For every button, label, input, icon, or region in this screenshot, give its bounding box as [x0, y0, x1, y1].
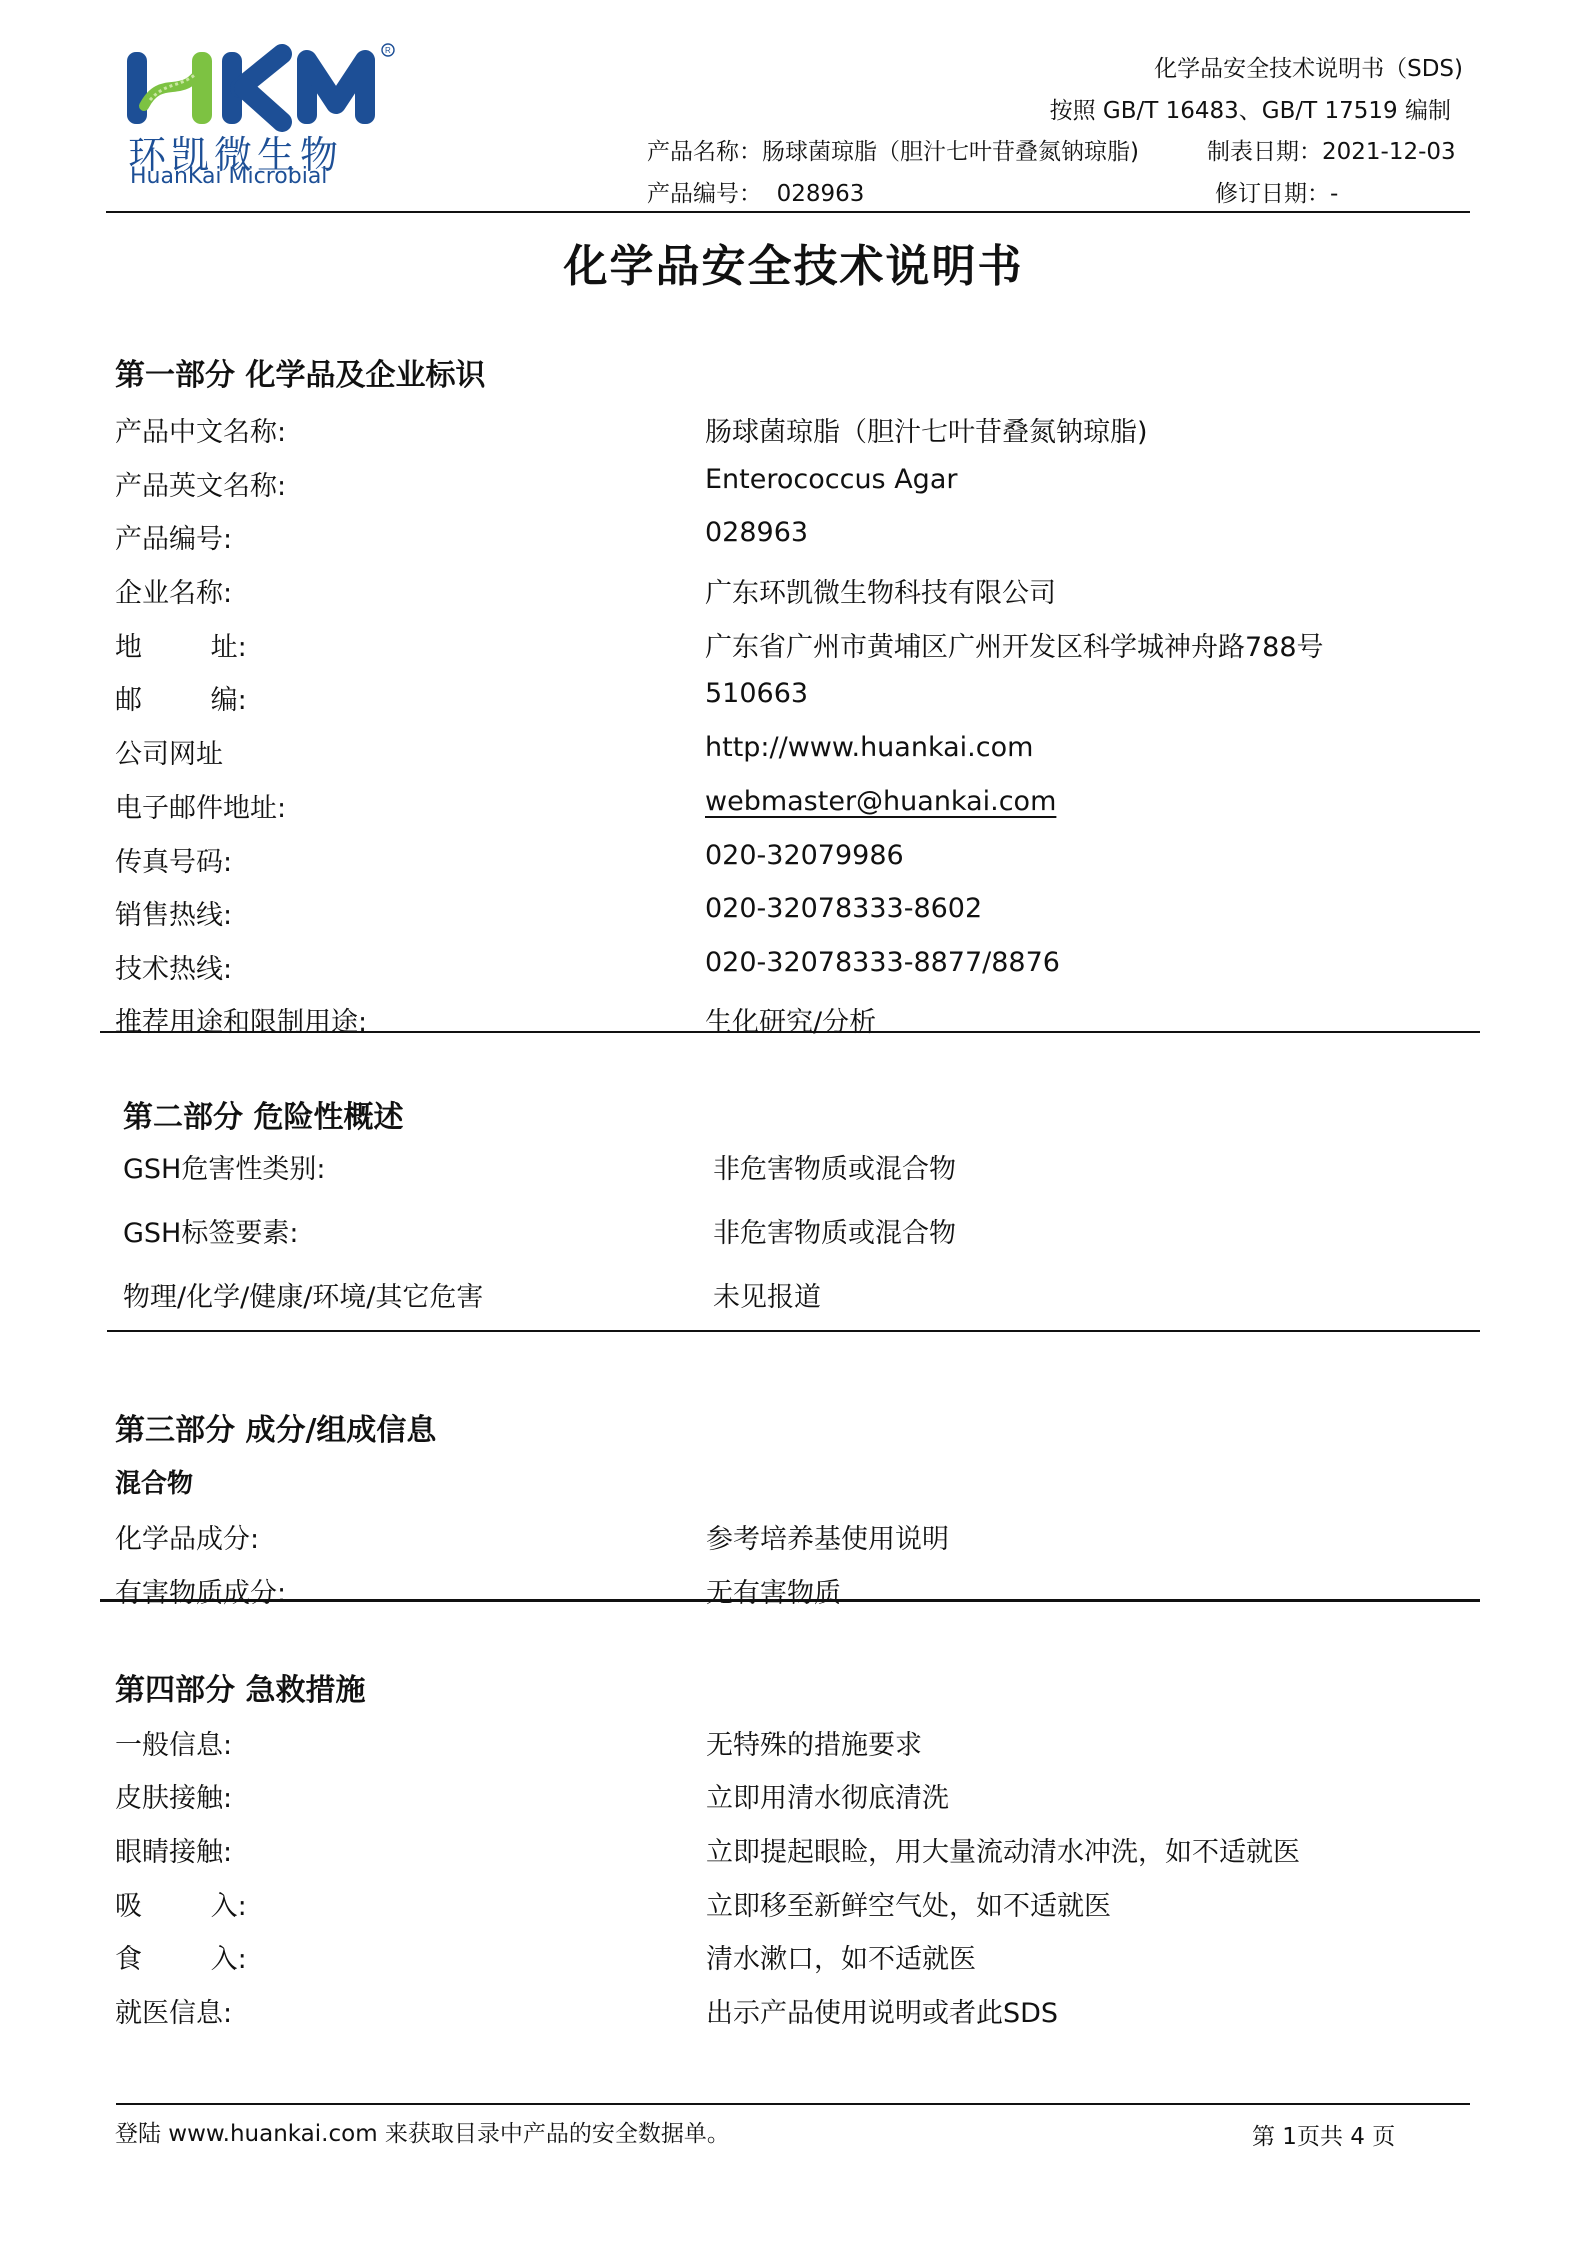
- hkm-logo-mark-icon: R: [122, 42, 412, 132]
- row-value: 立即用清水彻底清洗: [706, 1776, 949, 1815]
- row-value: 非危害物质或混合物: [713, 1147, 956, 1186]
- row-value: 无特殊的措施要求: [706, 1723, 922, 1762]
- section-2-divider: [107, 1330, 1480, 1332]
- revision-value: -: [1330, 181, 1338, 207]
- standard-note: 按照 GB/T 16483、GB/T 17519 编制: [1050, 92, 1451, 125]
- row-value: 未见报道: [713, 1275, 821, 1314]
- footer-divider: [116, 2103, 1470, 2105]
- row-label: GSH标签要素:: [123, 1211, 298, 1250]
- row-label: 产品英文名称:: [115, 464, 286, 503]
- svg-text:R: R: [385, 46, 391, 55]
- row-value: 510663: [705, 678, 808, 709]
- section-2-heading: 第二部分 危险性概述: [123, 1092, 403, 1136]
- row-value: 广东环凯微生物科技有限公司: [705, 571, 1056, 610]
- product-name-value: 肠球菌琼脂（胆汁七叶苷叠氮钠琼脂): [762, 139, 1139, 165]
- row-value: 无有害物质: [706, 1571, 841, 1610]
- row-label: 产品编号:: [115, 517, 232, 556]
- page-indicator: 第 1页共 4 页: [1252, 2118, 1395, 2151]
- revision-label: 修订日期：: [1215, 181, 1330, 207]
- row-value: 020-32078333-8602: [705, 893, 982, 924]
- row-label: 地 址:: [115, 625, 247, 664]
- row-value: 028963: [705, 517, 808, 548]
- row-value: 参考培养基使用说明: [706, 1517, 949, 1556]
- row-label: 企业名称:: [115, 571, 232, 610]
- row-label: 邮 编:: [115, 678, 247, 717]
- row-value: Enterococcus Agar: [705, 464, 957, 495]
- section-4-heading: 第四部分 急救措施: [115, 1665, 365, 1709]
- row-label: 吸 入:: [115, 1884, 247, 1923]
- row-value: 020-32078333-8877/8876: [705, 947, 1060, 978]
- row-label: 食 入:: [115, 1937, 247, 1976]
- row-label: 技术热线:: [115, 947, 232, 986]
- row-label: 公司网址: [115, 732, 223, 771]
- row-value: 020-32079986: [705, 840, 904, 871]
- section-1-divider: [100, 1031, 1480, 1033]
- row-label: 一般信息:: [115, 1723, 232, 1762]
- header-date: 制表日期：2021-12-03: [1207, 133, 1456, 166]
- email-link[interactable]: webmaster@huankai.com: [705, 786, 1056, 817]
- section-3-subheading: 混合物: [115, 1463, 193, 1500]
- date-label: 制表日期：: [1207, 139, 1322, 165]
- section-3-heading: 第三部分 成分/组成信息: [115, 1405, 436, 1449]
- row-value: 出示产品使用说明或者此SDS: [706, 1991, 1058, 2030]
- row-value: 立即移至新鲜空气处，如不适就医: [706, 1884, 1111, 1923]
- section-3-divider: [100, 1599, 1480, 1602]
- row-value: 肠球菌琼脂（胆汁七叶苷叠氮钠琼脂): [705, 410, 1148, 449]
- row-label: 化学品成分:: [115, 1517, 259, 1556]
- footer-note: 登陆 www.huankai.com 来获取目录中产品的安全数据单。: [115, 2115, 730, 2148]
- row-value: 清水漱口，如不适就医: [706, 1937, 976, 1976]
- product-code-label: 产品编号：: [647, 181, 762, 207]
- row-label: 推荐用途和限制用途:: [115, 1000, 367, 1039]
- logo-en-name: HuanKai Microbial: [130, 164, 327, 189]
- header-product-code: 产品编号： 028963: [647, 175, 864, 208]
- section-1-heading: 第一部分 化学品及企业标识: [115, 350, 485, 394]
- row-value: 非危害物质或混合物: [713, 1211, 956, 1250]
- header-product-name: 产品名称：肠球菌琼脂（胆汁七叶苷叠氮钠琼脂): [647, 133, 1139, 166]
- row-label: 产品中文名称:: [115, 410, 286, 449]
- row-label: 眼睛接触:: [115, 1830, 232, 1869]
- row-label: GSH危害性类别:: [123, 1147, 325, 1186]
- row-label: 有害物质成分:: [115, 1571, 286, 1610]
- row-label: 就医信息:: [115, 1991, 232, 2030]
- row-label: 销售热线:: [115, 893, 232, 932]
- row-label: 电子邮件地址:: [115, 786, 286, 825]
- row-label: 皮肤接触:: [115, 1776, 232, 1815]
- row-label: 物理/化学/健康/环境/其它危害: [123, 1275, 483, 1314]
- row-value: 立即提起眼睑，用大量流动清水冲洗，如不适就医: [706, 1830, 1300, 1869]
- product-name-label: 产品名称：: [647, 139, 762, 165]
- row-label: 传真号码:: [115, 840, 232, 879]
- company-website-link[interactable]: http://www.huankai.com: [705, 732, 1033, 763]
- header-revision: 修订日期：-: [1215, 175, 1338, 208]
- row-value: 广东省广州市黄埔区广州开发区科学城神舟路788号: [705, 625, 1324, 664]
- doc-type: 化学品安全技术说明书（SDS): [1154, 50, 1463, 83]
- row-value: 生化研究/分析: [705, 1000, 876, 1039]
- date-value: 2021-12-03: [1322, 139, 1456, 165]
- product-code-value: 028963: [777, 181, 865, 207]
- header-divider: [106, 211, 1470, 213]
- page-title: 化学品安全技术说明书: [0, 230, 1587, 294]
